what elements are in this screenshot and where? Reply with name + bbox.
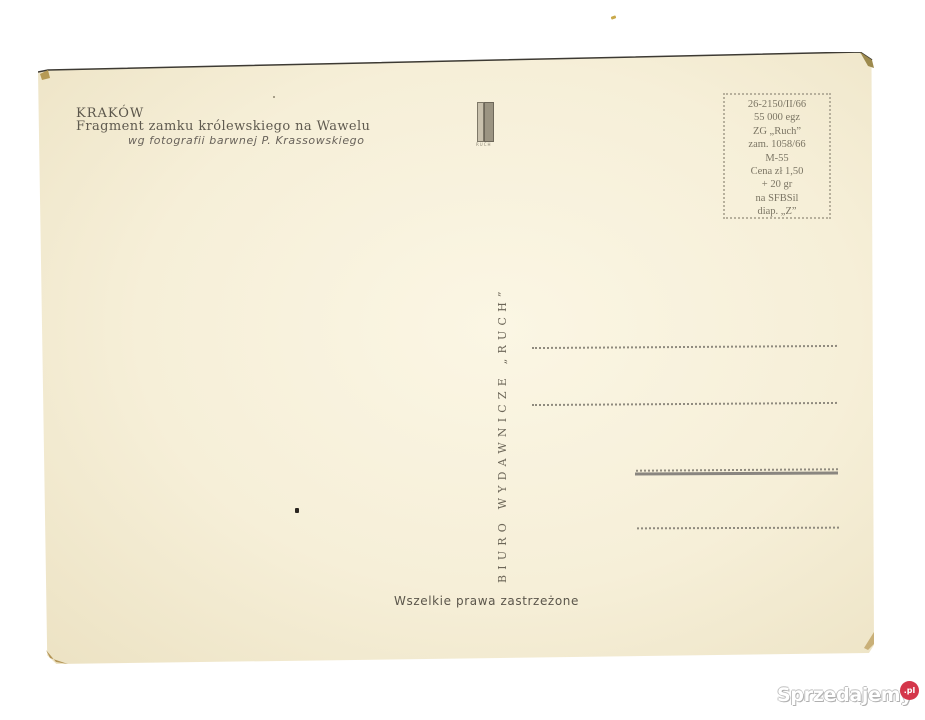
ink-speck [273, 96, 275, 98]
print-info-line: + 20 gr [762, 178, 792, 191]
postcard-subtitle: Fragment zamku królewskiego na Wawelu [76, 119, 370, 134]
logo-bar [484, 102, 494, 142]
print-info-line: 55 000 egz [754, 111, 800, 124]
logo-bar [477, 102, 484, 142]
print-info-line: 26-2150/II/66 [748, 98, 806, 111]
rights-notice: Wszelkie prawa zastrzeżone [394, 594, 579, 608]
publisher-vertical-text: BIURO WYDAWNICZE „RUCH” [496, 286, 509, 583]
print-info-line: ZG „Ruch” [753, 125, 801, 138]
ink-speck [611, 15, 617, 20]
print-info-line: na SFBSil [756, 192, 799, 205]
watermark-text: Sprzedajemy [777, 684, 912, 706]
print-info-line: zam. 1058/66 [748, 138, 805, 151]
print-info-box: 26-2150/II/66 55 000 egz ZG „Ruch” zam. … [723, 93, 831, 219]
print-info-line: Cena zł 1,50 [751, 165, 804, 178]
ink-speck [295, 508, 299, 513]
print-info-line: M-55 [765, 152, 788, 165]
print-info-line: diap. „Z” [757, 205, 796, 218]
ruch-logo-icon: RUCH [475, 100, 495, 148]
logo-label: RUCH [476, 142, 492, 147]
watermark-badge: .pl [900, 681, 919, 700]
photo-credit: wg fotografii barwnej P. Krassowskiego [128, 134, 365, 147]
